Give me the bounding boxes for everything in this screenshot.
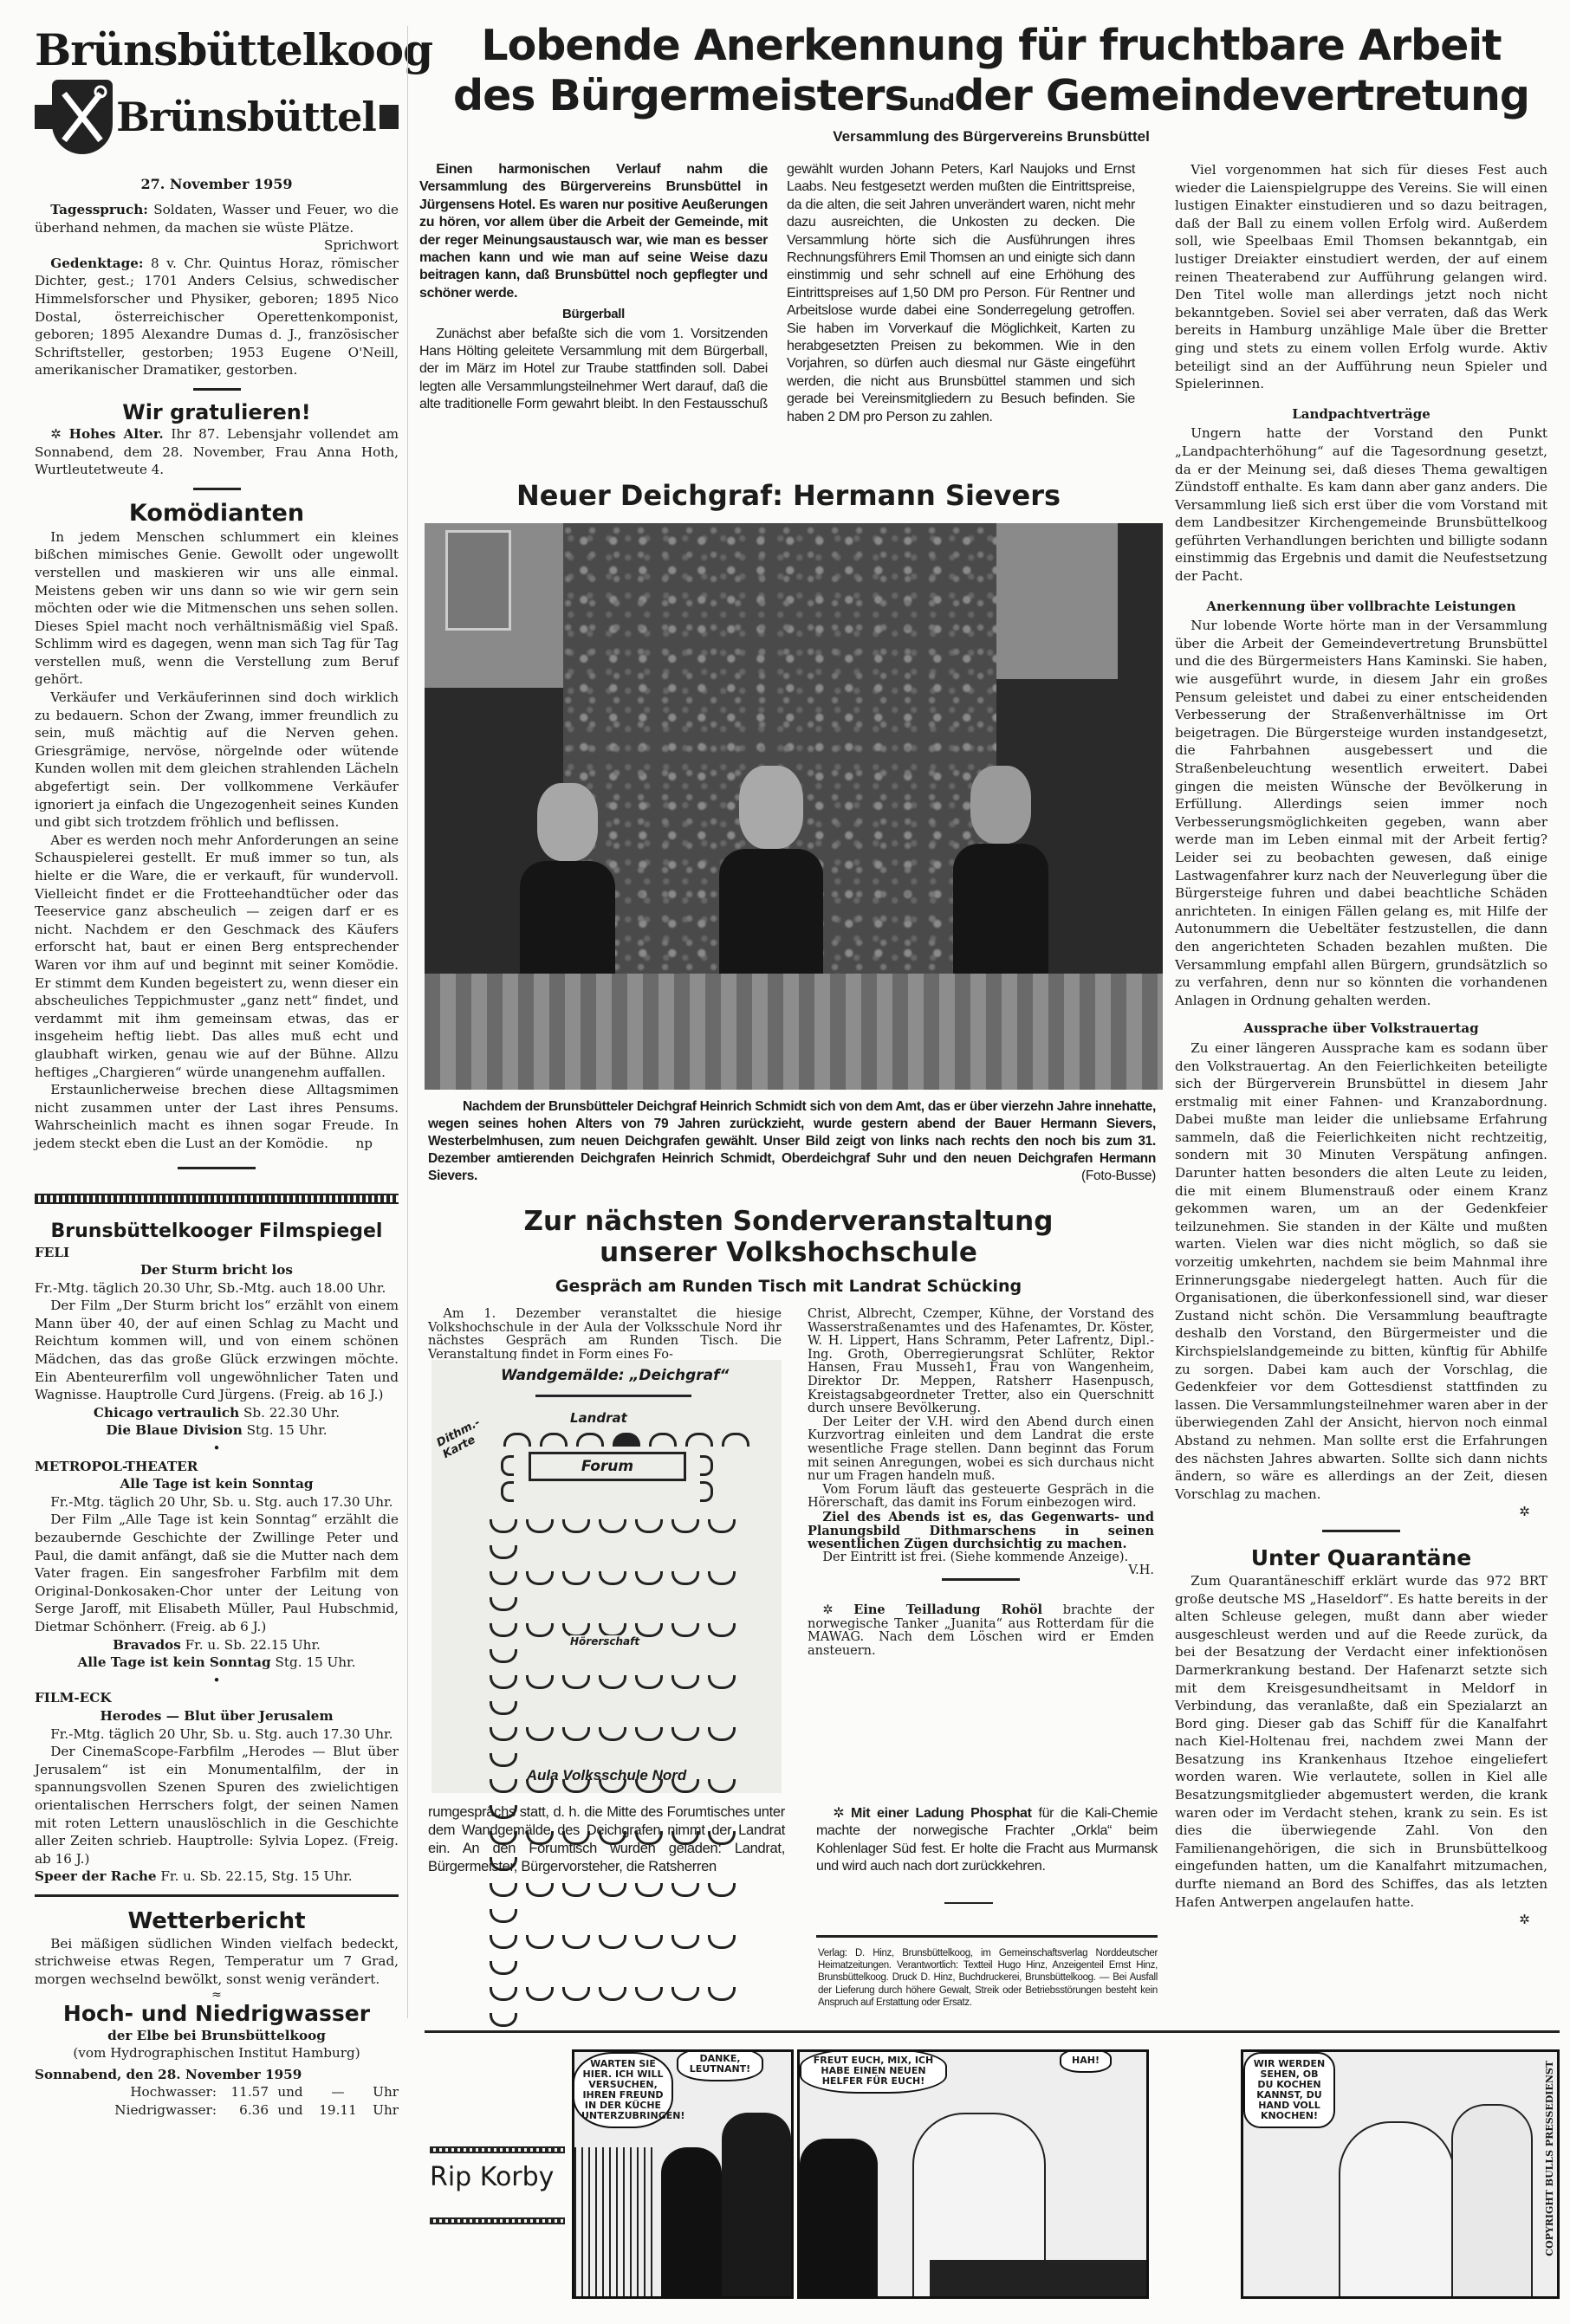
deichgraf-photo — [425, 523, 1163, 1090]
table-cloth — [425, 974, 1163, 1090]
speech-bubble: WARTEN SIE HIER. ICH WILL VERSUCHEN, IHR… — [573, 2052, 673, 2128]
section-heading-volkstrauertag: Aussprache über Volkstrauertag — [1175, 1020, 1547, 1038]
man-figure — [1451, 2104, 1533, 2299]
coat-of-arms-icon — [52, 80, 113, 154]
lead-subhead: Versammlung des Bürgervereins Brunsbütte… — [419, 128, 1563, 146]
wall-right — [996, 523, 1118, 679]
komoedianten-p2: Verkäufer und Verkäuferinnen sind doch w… — [35, 689, 399, 832]
photo-credit: (Foto-Busse) — [1047, 1168, 1156, 1185]
shipping-note-1: ✲ Eine Teilladung Rohöl brachte der norw… — [808, 1603, 1154, 1658]
lead-story-right-column: Viel vorgenommen hat sich für dieses Fes… — [1175, 161, 1547, 1929]
comic-ornament-bottom — [430, 2217, 565, 2224]
vhs-headline: Zur nächsten Sonderveranstaltung unserer… — [419, 1206, 1158, 1268]
komoedianten-p4: Erstaunlicherweise brechen diese Alltags… — [35, 1081, 399, 1152]
divider — [193, 488, 241, 490]
wall-painting-label: Wandgemälde: „Deichgraf“ — [501, 1367, 729, 1384]
speech-bubble: DANKE, LEUTNANT! — [677, 2049, 763, 2081]
speech-bubble: HAH! — [1060, 2049, 1112, 2073]
star-icon: ✲ — [833, 1806, 844, 1821]
officer-figure — [800, 2139, 878, 2296]
star-icon: ✲ — [1175, 1503, 1530, 1521]
komoedianten-title: Komödianten — [35, 499, 399, 528]
ornamental-divider — [35, 1194, 399, 1204]
quarantaene-text: Zum Quarantäneschiff erklärt wurde das 9… — [1175, 1572, 1547, 1911]
map-label: Dithm.-Karte — [435, 1406, 509, 1461]
masthead-line2: Brünsbüttel — [116, 93, 376, 141]
bullet-icon: • — [35, 1672, 399, 1690]
person-left — [520, 783, 615, 1000]
speech-bubble: FREUT EUCH, MIX, ICH HABE EINEN NEUEN HE… — [800, 2049, 947, 2094]
vhs-closing: Der Eintritt ist frei. (Siehe kommende A… — [808, 1551, 1154, 1565]
side-seats-right — [700, 1455, 713, 1476]
gezeiten-source: (vom Hydrographischen Institut Hamburg) — [35, 2044, 399, 2062]
divider — [944, 1902, 993, 1904]
counter — [930, 2260, 1146, 2296]
sidebar: Tagesspruch: Soldaten, Wasser und Feuer,… — [35, 201, 399, 2120]
bullet-icon: • — [35, 1440, 399, 1458]
cook-figure — [1339, 2121, 1455, 2299]
tide-row: Niedrigwasser: 6.36 und 19.11 Uhr — [95, 2101, 399, 2120]
gezeiten-date: Sonnabend, den 28. November 1959 — [35, 2066, 399, 2084]
comic-copyright: COPYRIGHT BULLS PRESSEDIENST — [1544, 2061, 1555, 2256]
side-seats-right — [700, 1481, 713, 1502]
side-seats-left — [501, 1481, 514, 1502]
landrat-seat — [613, 1433, 640, 1447]
audience-label: Hörerschaft — [570, 1635, 639, 1648]
shipping-note-2: ✲ Mit einer Ladung Phosphat für die Kali… — [816, 1805, 1158, 1876]
ribbon-right — [380, 105, 399, 129]
side-seats-left — [501, 1455, 514, 1476]
lead-intro: Einen harmonischen Verlauf nahm die Vers… — [419, 161, 768, 302]
landrat-label: Landrat — [570, 1410, 627, 1426]
aula-label: Aula Volksschule Nord — [431, 1767, 782, 1784]
column-rule — [407, 26, 408, 2018]
cinema-film-eck: FILM-ECK Herodes — Blut über Jerusalem F… — [35, 1689, 399, 1886]
comic-title: Rip Korby — [430, 2162, 554, 2192]
cinema-feli: FELI Der Sturm bricht los Fr.-Mtg. tägli… — [35, 1244, 399, 1458]
person-right — [953, 766, 1048, 982]
man-figure — [722, 2113, 791, 2296]
star-icon: ✲ — [50, 426, 62, 442]
comic-top-rule — [425, 2030, 1560, 2033]
wetter-title: Wetterbericht — [35, 1907, 399, 1935]
masthead-line1: Brünsbüttelkoog — [35, 26, 399, 74]
comic-panel-3: WIR WERDEN SEHEN, OB DU KOCHEN KANNST, D… — [1241, 2049, 1560, 2299]
picture-frame — [445, 530, 511, 631]
ribbon-left — [35, 105, 54, 129]
gedenktage: Gedenktage: 8 v. Chr. Quintus Horaz, röm… — [35, 255, 399, 379]
gezeiten-title: Hoch- und Niedrigwasser — [35, 2001, 399, 2027]
divider — [35, 1894, 399, 1897]
comic-panel-1: WARTEN SIE HIER. ICH WILL VERSUCHEN, IHR… — [572, 2049, 794, 2299]
vhs-intro: Am 1. Dezember veranstaltet die hiesige … — [428, 1308, 782, 1362]
section-heading-buergerball: Bürgerball — [419, 306, 768, 323]
anchor-shovel-icon — [52, 80, 113, 154]
section-heading-landpacht: Landpachtverträge — [1175, 405, 1547, 424]
forum-seat-row — [499, 1433, 754, 1450]
officer-figure — [661, 2147, 722, 2296]
imprint: Verlag: D. Hinz, Brunsbüttelkoog, im Gem… — [818, 1947, 1158, 2009]
vhs-goal: Ziel des Abends ist es, das Gegenwarts- … — [808, 1511, 1154, 1551]
person-center — [719, 766, 823, 1000]
vhs-after-diagram: rumgesprächs statt, d. h. die Mitte des … — [428, 1803, 785, 1876]
star-icon: ✲ — [822, 1603, 833, 1617]
gezeiten-subtitle: der Elbe bei Brunsbüttelkoog — [35, 2027, 399, 2045]
comic-ornament-top — [430, 2146, 565, 2153]
lead-story-body: Einen harmonischen Verlauf nahm die Vers… — [419, 161, 1135, 447]
komoedianten-p1: In jedem Menschen schlummert ein kleines… — [35, 528, 399, 689]
tagesspruch: Tagesspruch: Soldaten, Wasser und Feuer,… — [35, 201, 399, 236]
komoedianten-p3: Aber es werden noch mehr Anforderungen a… — [35, 832, 399, 1081]
section-heading-anerkennung: Anerkennung über vollbrachte Leistungen — [1175, 598, 1547, 616]
lead-headline: Lobende Anerkennung für fruchtbare Arbei… — [419, 21, 1563, 128]
deichgraf-caption: Nachdem der Brunsbütteler Deichgraf Hein… — [428, 1098, 1156, 1185]
divider — [178, 1167, 256, 1169]
imprint-rule — [816, 1935, 1158, 1938]
divider — [1322, 1530, 1400, 1532]
issue-date: 27. November 1959 — [35, 176, 399, 192]
vhs-column-2: Christ, Albrecht, Czemper, Kühne, der Vo… — [808, 1308, 1154, 1659]
tide-row: Hochwasser: 11.57 und — Uhr — [95, 2083, 399, 2101]
wetter-text: Bei mäßigen südlichen Winden vielfach be… — [35, 1935, 399, 1989]
tide-table: Hochwasser: 11.57 und — Uhr Niedrigwasse… — [95, 2083, 399, 2119]
quarantaene-title: Unter Quarantäne — [1175, 1544, 1547, 1572]
cinema-metropol: METROPOL-THEATER Alle Tage ist kein Sonn… — [35, 1458, 399, 1690]
comic-panel-2: FREUT EUCH, MIX, ICH HABE EINEN NEUEN HE… — [797, 2049, 1149, 2299]
wall-painting-line — [535, 1395, 691, 1397]
filmspiegel-title: Brunsbüttelkooger Filmspiegel — [35, 1220, 399, 1244]
forum-table: Forum — [529, 1452, 686, 1481]
deichgraf-headline: Neuer Deichgraf: Hermann Sievers — [419, 478, 1158, 513]
divider — [193, 388, 241, 391]
speech-bubble: WIR WERDEN SEHEN, OB DU KOCHEN KANNST, D… — [1243, 2052, 1335, 2128]
star-icon: ✲ — [1175, 1911, 1530, 1929]
vhs-subhead: Gespräch am Runden Tisch mit Landrat Sch… — [419, 1277, 1158, 1296]
wave-icon: ≈ — [35, 1989, 399, 2001]
seating-diagram: Wandgemälde: „Deichgraf“ Dithm.-Karte La… — [431, 1360, 782, 1793]
gratulieren-title: Wir gratulieren! — [35, 399, 399, 425]
door — [574, 2147, 652, 2296]
gratulieren-text: ✲ Hohes Alter. Ihr 87. Lebensjahr vollen… — [35, 425, 399, 479]
divider — [942, 1578, 1020, 1581]
masthead: Brünsbüttelkoog Brünsbüttel — [35, 26, 399, 165]
